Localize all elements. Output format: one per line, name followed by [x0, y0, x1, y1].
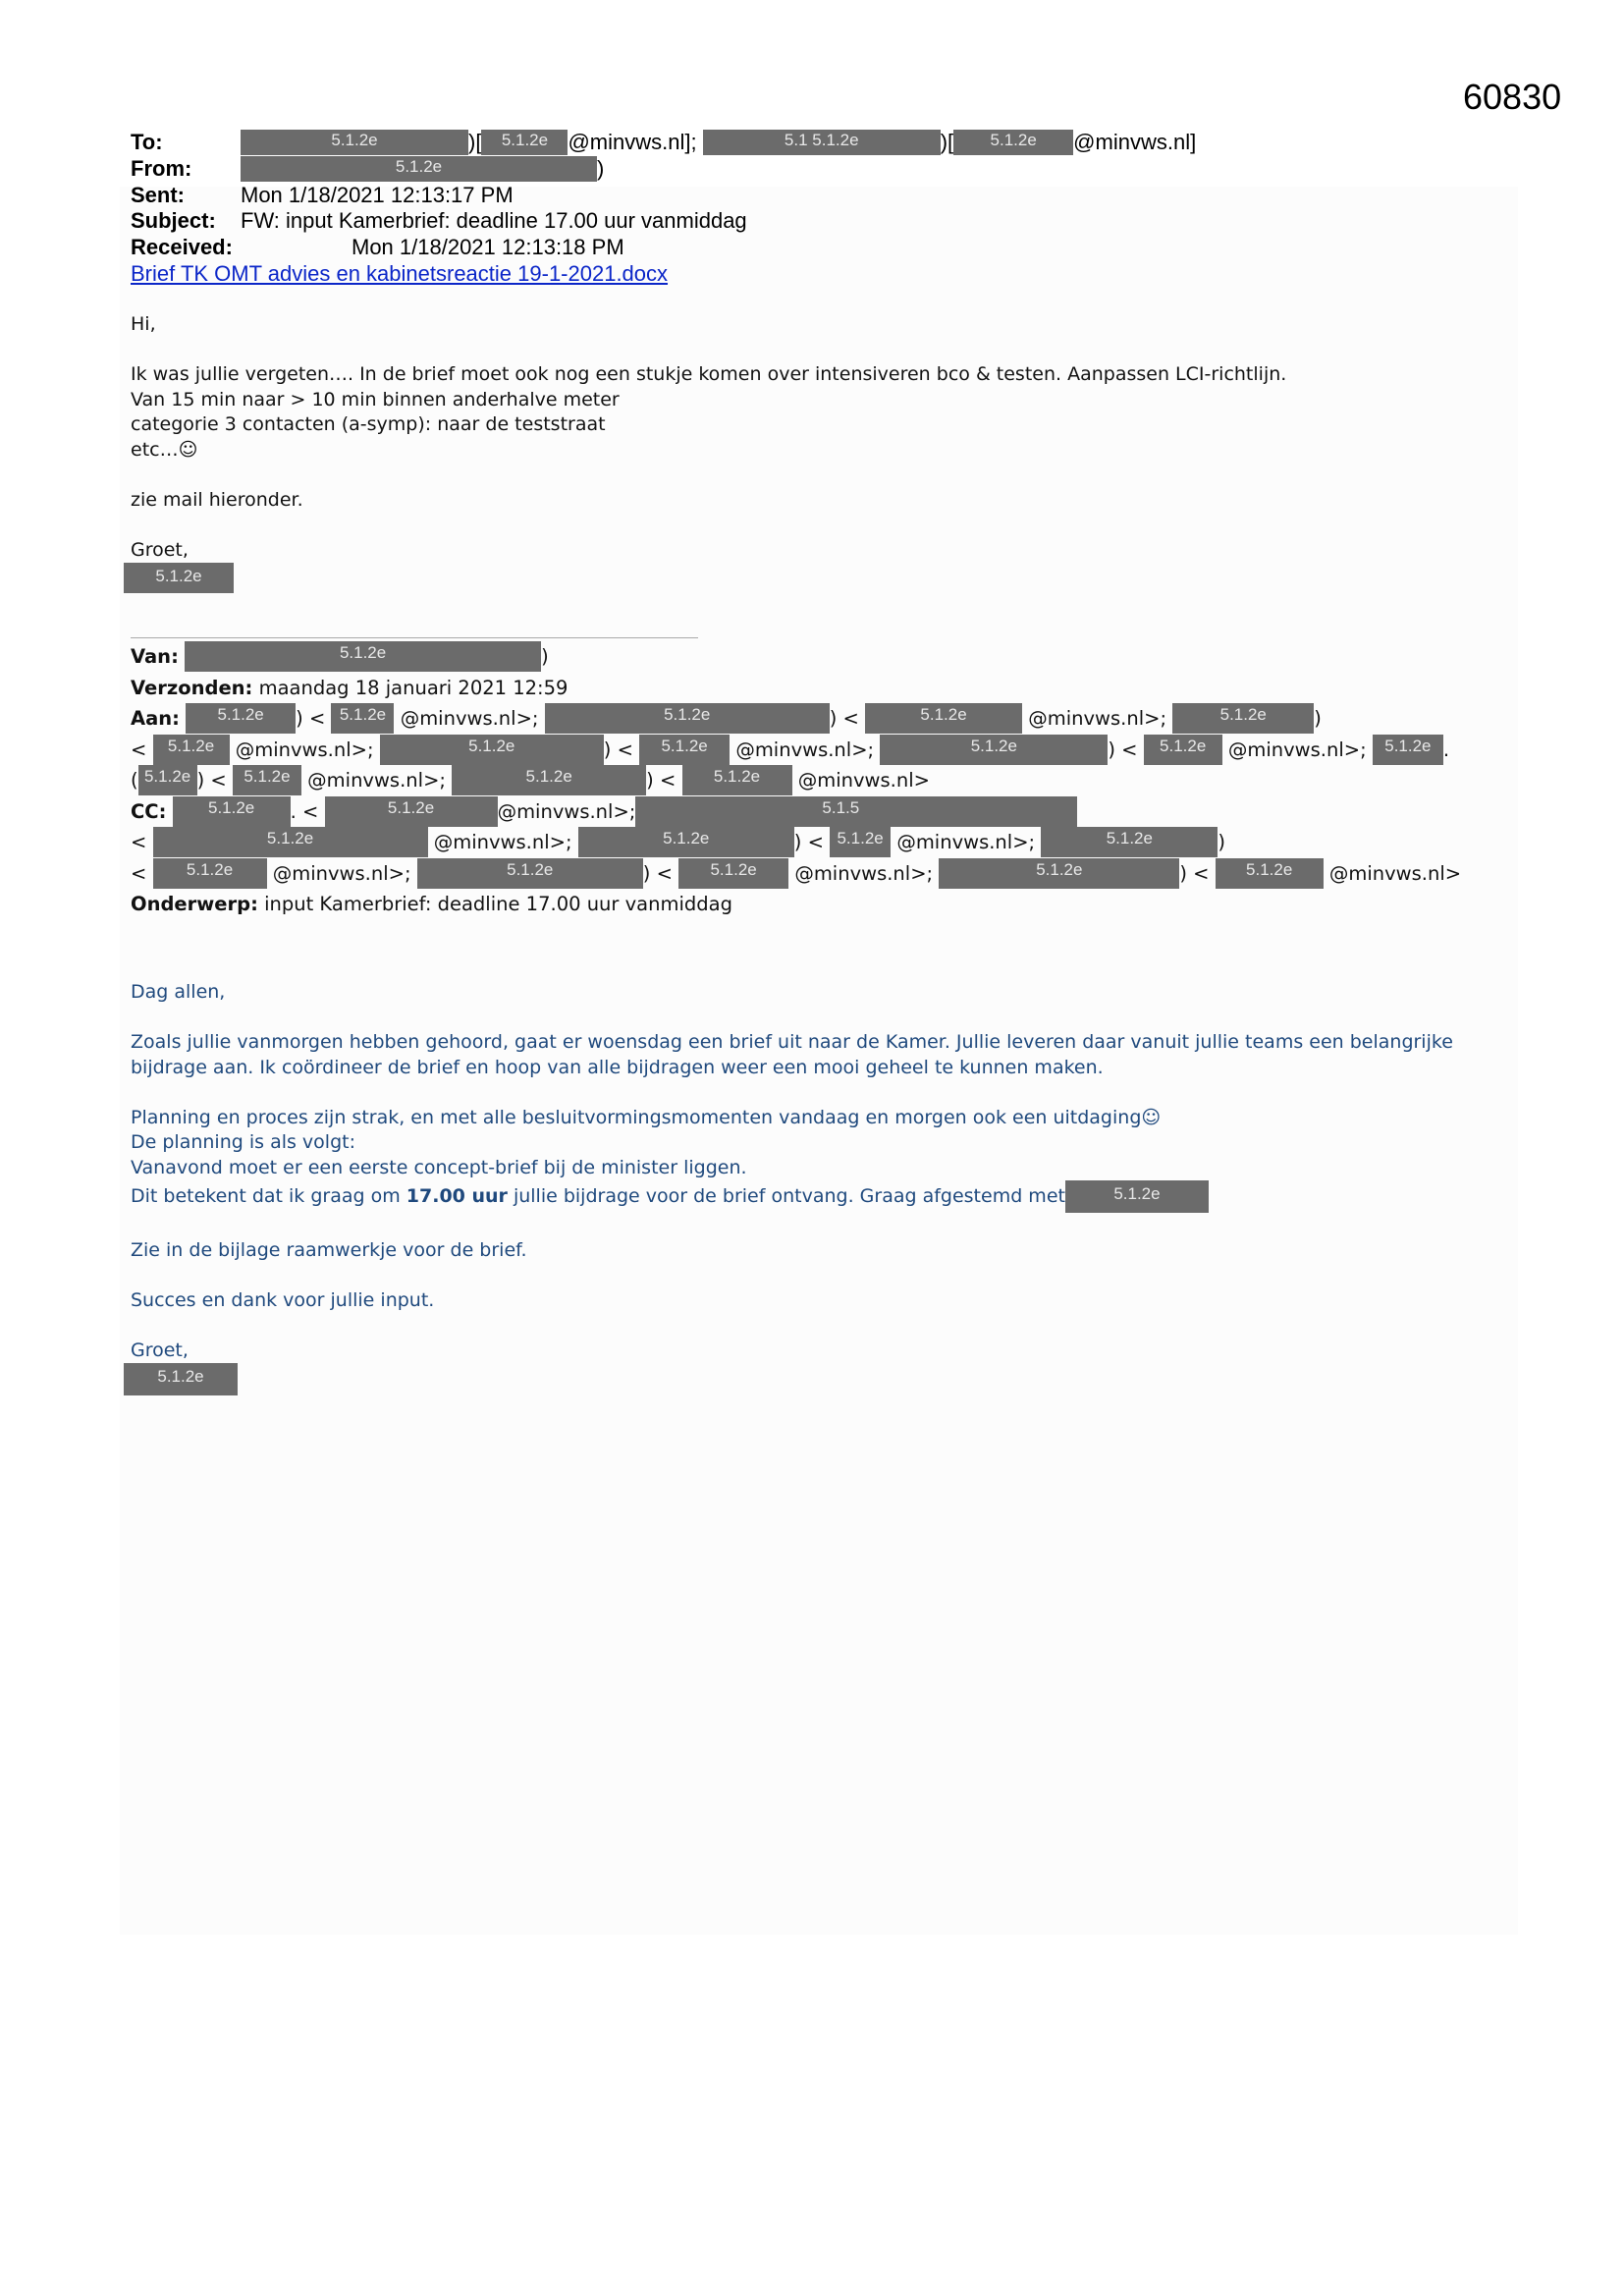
redacted-block: 5.1.2e — [830, 827, 891, 857]
subject-label: Subject: — [131, 208, 241, 235]
onderwerp-label: Onderwerp: — [131, 893, 258, 915]
redacted-block: 5.1.2e — [153, 827, 428, 857]
verzonden-value: maandag 18 januari 2021 12:59 — [259, 677, 568, 699]
to-row: To:5.1.2e)[5.1.2e@minvws.nl]; 5.1 5.1.2e… — [131, 130, 1196, 156]
reply-line: categorie 3 contacten (a-symp): naar de … — [131, 412, 1505, 438]
reply-line: Ik was jullie vergeten…. In de brief moe… — [131, 362, 1505, 388]
sent-value: Mon 1/18/2021 12:13:17 PM — [241, 183, 514, 207]
planning-line: Vanavond moet er een eerste concept-brie… — [131, 1156, 1525, 1181]
email-domain: @minvws.nl — [273, 862, 389, 885]
reply-see-below: zie mail hieronder. — [131, 488, 1505, 514]
redacted-block: 5.1.2e — [380, 735, 604, 765]
received-row: Received:Mon 1/18/2021 12:13:18 PM — [131, 235, 1196, 261]
redacted-block: 5.1.2e — [1216, 858, 1324, 889]
subject-row: Subject:FW: input Kamerbrief: deadline 1… — [131, 208, 1196, 235]
original-body: Dag allen, Zoals jullie vanmorgen hebben… — [131, 980, 1525, 1395]
redacted-block: 5.1.2e — [1041, 827, 1218, 857]
redacted-block: 5.1.2e — [1373, 735, 1443, 765]
attachment-link[interactable]: Brief TK OMT advies en kabinetsreactie 1… — [131, 261, 668, 286]
onderwerp-value: input Kamerbrief: deadline 17.00 uur van… — [264, 893, 732, 915]
redacted-block: 5.1.2e — [186, 703, 296, 734]
received-label: Received: — [131, 235, 352, 261]
redacted-block: 5.1.2e — [1065, 1180, 1209, 1213]
redacted-block: 5.1 5.1.2e — [703, 130, 941, 155]
email-domain: @minvws.nl — [401, 707, 516, 730]
page-number: 60830 — [1463, 77, 1561, 118]
email-domain: @minvws.nl — [798, 769, 914, 792]
email-domain: @minvws.nl — [498, 800, 614, 823]
redacted-block: 5.1.2e — [173, 796, 291, 827]
from-row: From:5.1.2e) — [131, 156, 1196, 183]
forward-separator — [131, 637, 698, 638]
redacted-block: 5.1.2e — [678, 858, 788, 889]
redacted-block: 5.1.2e — [452, 765, 646, 795]
cc-row-1: CC: 5.1.2e. < 5.1.2e@minvws.nl>;5.1.5 — [131, 796, 1461, 828]
redacted-block: 5.1.2e — [325, 796, 498, 827]
to-separator: )[ — [941, 130, 953, 154]
original-greeting: Dag allen, — [131, 980, 1525, 1006]
forwarded-header: Van: 5.1.2e) Verzonden: maandag 18 janua… — [131, 641, 1461, 920]
cc-label: CC: — [131, 800, 166, 823]
attachment-row: Brief TK OMT advies en kabinetsreactie 1… — [131, 261, 1196, 288]
verzonden-row: Verzonden: maandag 18 januari 2021 12:59 — [131, 673, 1461, 704]
redacted-block: 5.1.2e — [1172, 703, 1314, 734]
to-separator: )[ — [468, 130, 481, 154]
planning-line: De planning is als volgt: — [131, 1130, 1525, 1156]
redacted-block: 5.1.2e — [639, 735, 730, 765]
aan-label: Aan: — [131, 707, 180, 730]
email-domain: @minvws.nl — [307, 769, 423, 792]
reply-greeting: Hi, — [131, 312, 1505, 338]
deadline-prefix: Dit betekent dat ik graag om — [131, 1185, 406, 1207]
redacted-block: 5.1.2e — [417, 858, 643, 889]
deadline-time: 17.00 uur — [406, 1185, 508, 1207]
email-domain: @minvws.nl — [1329, 862, 1445, 885]
email-domain: @minvws.nl — [735, 738, 851, 761]
redacted-block: 5.1.2e — [331, 703, 394, 734]
from-label: From: — [131, 156, 241, 183]
cc-row-3: < 5.1.2e @minvws.nl>; 5.1.2e) < 5.1.2e @… — [131, 858, 1461, 890]
email-header: To:5.1.2e)[5.1.2e@minvws.nl]; 5.1 5.1.2e… — [131, 130, 1196, 288]
redacted-block: 5.1.2e — [578, 827, 794, 857]
aan-row-1: Aan: 5.1.2e) < 5.1.2e @minvws.nl>; 5.1.2… — [131, 703, 1461, 735]
redacted-block: 5.1.2e — [185, 641, 541, 672]
redacted-block: 5.1.2e — [545, 703, 830, 734]
redacted-signature: 5.1.2e — [124, 1363, 238, 1395]
redacted-block: 5.1.2e — [153, 735, 230, 765]
reply-line: Van 15 min naar > 10 min binnen anderhal… — [131, 388, 1505, 413]
reply-line: etc…☺ — [131, 438, 1505, 464]
redacted-block: 5.1.2e — [241, 156, 597, 182]
redacted-block: 5.1.2e — [481, 130, 568, 155]
redacted-block: 5.1.5 — [635, 796, 1077, 827]
to-email-domain: @minvws.nl] — [1073, 130, 1196, 154]
to-email-domain: @minvws.nl]; — [568, 130, 696, 154]
original-closing: Groet, — [131, 1339, 1525, 1364]
redacted-block: 5.1.2e — [865, 703, 1022, 734]
sent-label: Sent: — [131, 183, 241, 209]
reply-closing: Groet, — [131, 538, 1505, 564]
redacted-block: 5.1.2e — [138, 765, 197, 795]
van-label: Van: — [131, 645, 179, 668]
email-domain: @minvws.nl — [236, 738, 352, 761]
aan-row-2: < 5.1.2e @minvws.nl>; 5.1.2e) < 5.1.2e @… — [131, 735, 1461, 766]
redacted-block: 5.1.2e — [1144, 735, 1222, 765]
onderwerp-row: Onderwerp: input Kamerbrief: deadline 17… — [131, 889, 1461, 920]
email-domain: @minvws.nl — [896, 831, 1012, 853]
subject-value: FW: input Kamerbrief: deadline 17.00 uur… — [241, 208, 747, 233]
email-domain: @minvws.nl — [1228, 738, 1344, 761]
email-domain: @minvws.nl — [794, 862, 910, 885]
aan-row-3: (5.1.2e) < 5.1.2e @minvws.nl>; 5.1.2e) <… — [131, 765, 1461, 796]
redacted-block: 5.1.2e — [682, 765, 792, 795]
original-paragraph: Zoals jullie vanmorgen hebben gehoord, g… — [131, 1030, 1525, 1080]
van-suffix: ) — [541, 645, 549, 668]
planning-line: Planning en proces zijn strak, en met al… — [131, 1106, 1525, 1131]
email-domain: @minvws.nl — [434, 831, 550, 853]
van-row: Van: 5.1.2e) — [131, 641, 1461, 673]
received-value: Mon 1/18/2021 12:13:18 PM — [352, 235, 624, 259]
deadline-line: Dit betekent dat ik graag om 17.00 uur j… — [131, 1180, 1525, 1213]
thanks-line: Succes en dank voor jullie input. — [131, 1288, 1525, 1314]
verzonden-label: Verzonden: — [131, 677, 252, 699]
redacted-block: 5.1.2e — [241, 130, 468, 155]
redacted-block: 5.1.2e — [880, 735, 1108, 765]
attachment-note: Zie in de bijlage raamwerkje voor de bri… — [131, 1238, 1525, 1264]
reply-body: Hi, Ik was jullie vergeten…. In de brief… — [131, 312, 1505, 593]
to-label: To: — [131, 130, 241, 156]
from-suffix: ) — [597, 156, 604, 181]
redacted-block: 5.1.2e — [953, 130, 1073, 155]
redacted-block: 5.1.2e — [233, 765, 301, 795]
redacted-signature: 5.1.2e — [124, 563, 234, 593]
cc-row-2: < 5.1.2e @minvws.nl>; 5.1.2e) < 5.1.2e @… — [131, 827, 1461, 858]
email-domain: @minvws.nl — [1028, 707, 1144, 730]
redacted-block: 5.1.2e — [153, 858, 267, 889]
sent-row: Sent:Mon 1/18/2021 12:13:17 PM — [131, 183, 1196, 209]
redacted-block: 5.1.2e — [939, 858, 1179, 889]
deadline-suffix: jullie bijdrage voor de brief ontvang. G… — [508, 1185, 1065, 1207]
